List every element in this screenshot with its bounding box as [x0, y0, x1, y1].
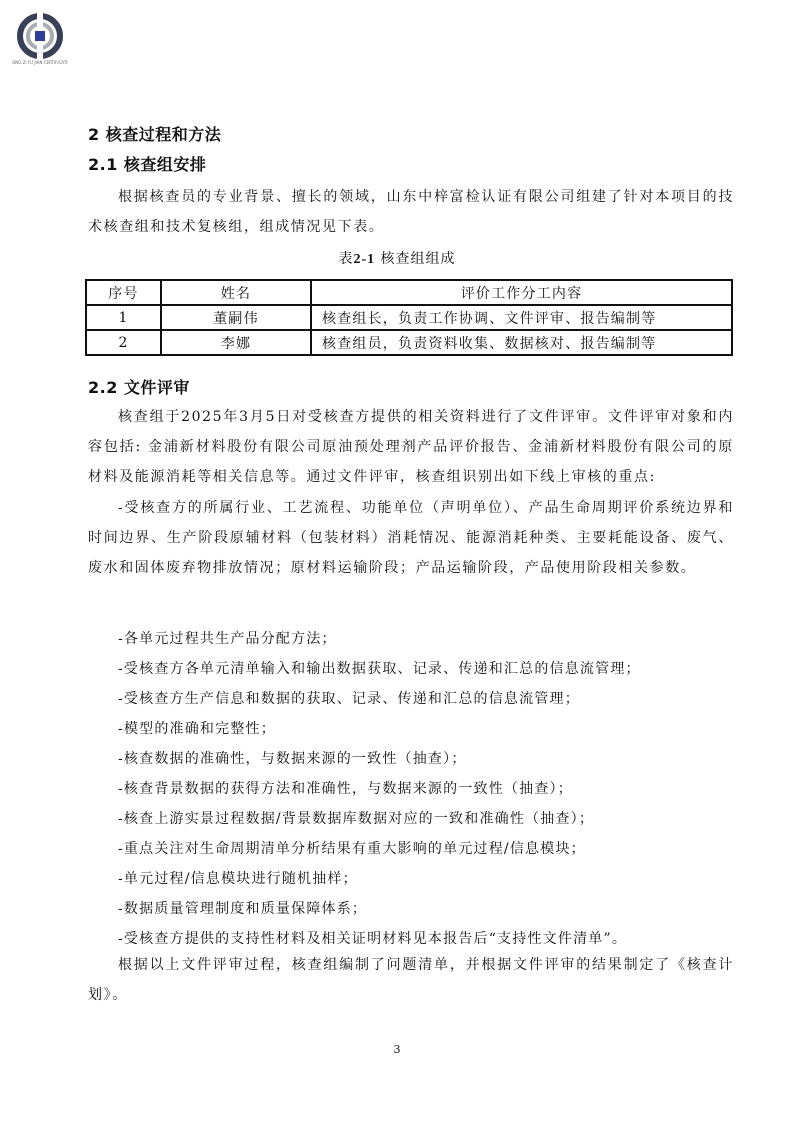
review-point: -单元过程/信息模块进行随机抽样；	[118, 868, 358, 888]
review-point: -数据质量管理制度和质量保障体系；	[118, 898, 367, 918]
table-cell: 核查组长，负责工作协调、文件评审、报告编制等	[311, 305, 732, 330]
table-header-row: 序号 姓名 评价工作分工内容	[86, 280, 732, 305]
table-caption: 表2-1 核查组组成	[0, 248, 794, 268]
company-logo-icon: ZHONG ZI FU JIAN CERTIFICATION	[12, 10, 68, 66]
table-cell: 董嗣伟	[161, 305, 311, 330]
review-point: -核查上游实景过程数据/背景数据库数据对应的一致和准确性（抽查）；	[118, 808, 594, 828]
caption-title: 核查组组成	[375, 251, 455, 267]
header-cell: 姓名	[161, 280, 311, 305]
table-row: 2 李娜 核查组员，负责资料收集、数据核对、报告编制等	[86, 330, 732, 355]
arrangement-intro: 根据核查员的专业背景、擅长的领域，山东中梓富检认证有限公司组建了针对本项目的技术…	[88, 182, 734, 242]
table-cell: 核查组员，负责资料收集、数据核对、报告编制等	[311, 330, 732, 355]
page-number: 3	[0, 1043, 794, 1056]
svg-text:ZHONG ZI FU JIAN CERTIFICATION: ZHONG ZI FU JIAN CERTIFICATION	[12, 60, 68, 65]
review-point: -各单元过程共生产品分配方法；	[118, 628, 337, 648]
review-point-first: -受核查方的所属行业、工艺流程、功能单位（声明单位）、产品生命周期评价系统边界和…	[88, 493, 734, 583]
header-cell: 评价工作分工内容	[311, 280, 732, 305]
table-cell: 李娜	[161, 330, 311, 355]
caption-number: 2-1	[353, 252, 375, 267]
subsection-title-document-review: 2.2 文件评审	[88, 375, 190, 398]
document-review-conclusion: 根据以上文件评审过程，核查组编制了问题清单，并根据文件评审的结果制定了《核查计划…	[88, 950, 734, 1010]
review-point: -受核查方生产信息和数据的获取、记录、传递和汇总的信息流管理；	[118, 688, 580, 708]
document-review-intro: 核查组于2025年3月5日对受核查方提供的相关资料进行了文件评审。文件评审对象和…	[88, 402, 734, 492]
review-point: -重点关注对生命周期清单分析结果有重大影响的单元过程/信息模块；	[118, 838, 586, 858]
table-cell: 1	[86, 305, 161, 330]
review-point: -核查数据的准确性，与数据来源的一致性（抽查）；	[118, 748, 467, 768]
header-cell: 序号	[86, 280, 161, 305]
table-row: 1 董嗣伟 核查组长，负责工作协调、文件评审、报告编制等	[86, 305, 732, 330]
team-table: 序号 姓名 评价工作分工内容 1 董嗣伟 核查组长，负责工作协调、文件评审、报告…	[85, 279, 733, 356]
subsection-title-arrangement: 2.1 核查组安排	[88, 152, 206, 175]
section-title: 2 核查过程和方法	[88, 122, 221, 145]
review-point: -受核查方各单元清单输入和输出数据获取、记录、传递和汇总的信息流管理；	[118, 658, 641, 678]
caption-prefix: 表	[338, 251, 353, 267]
review-point: -受核查方提供的支持性材料及相关证明材料见本报告后“支持性文件清单”。	[118, 928, 627, 948]
review-point: -模型的准确和完整性；	[118, 718, 276, 738]
table-cell: 2	[86, 330, 161, 355]
review-point: -核查背景数据的获得方法和准确性，与数据来源的一致性（抽查）；	[118, 778, 573, 798]
